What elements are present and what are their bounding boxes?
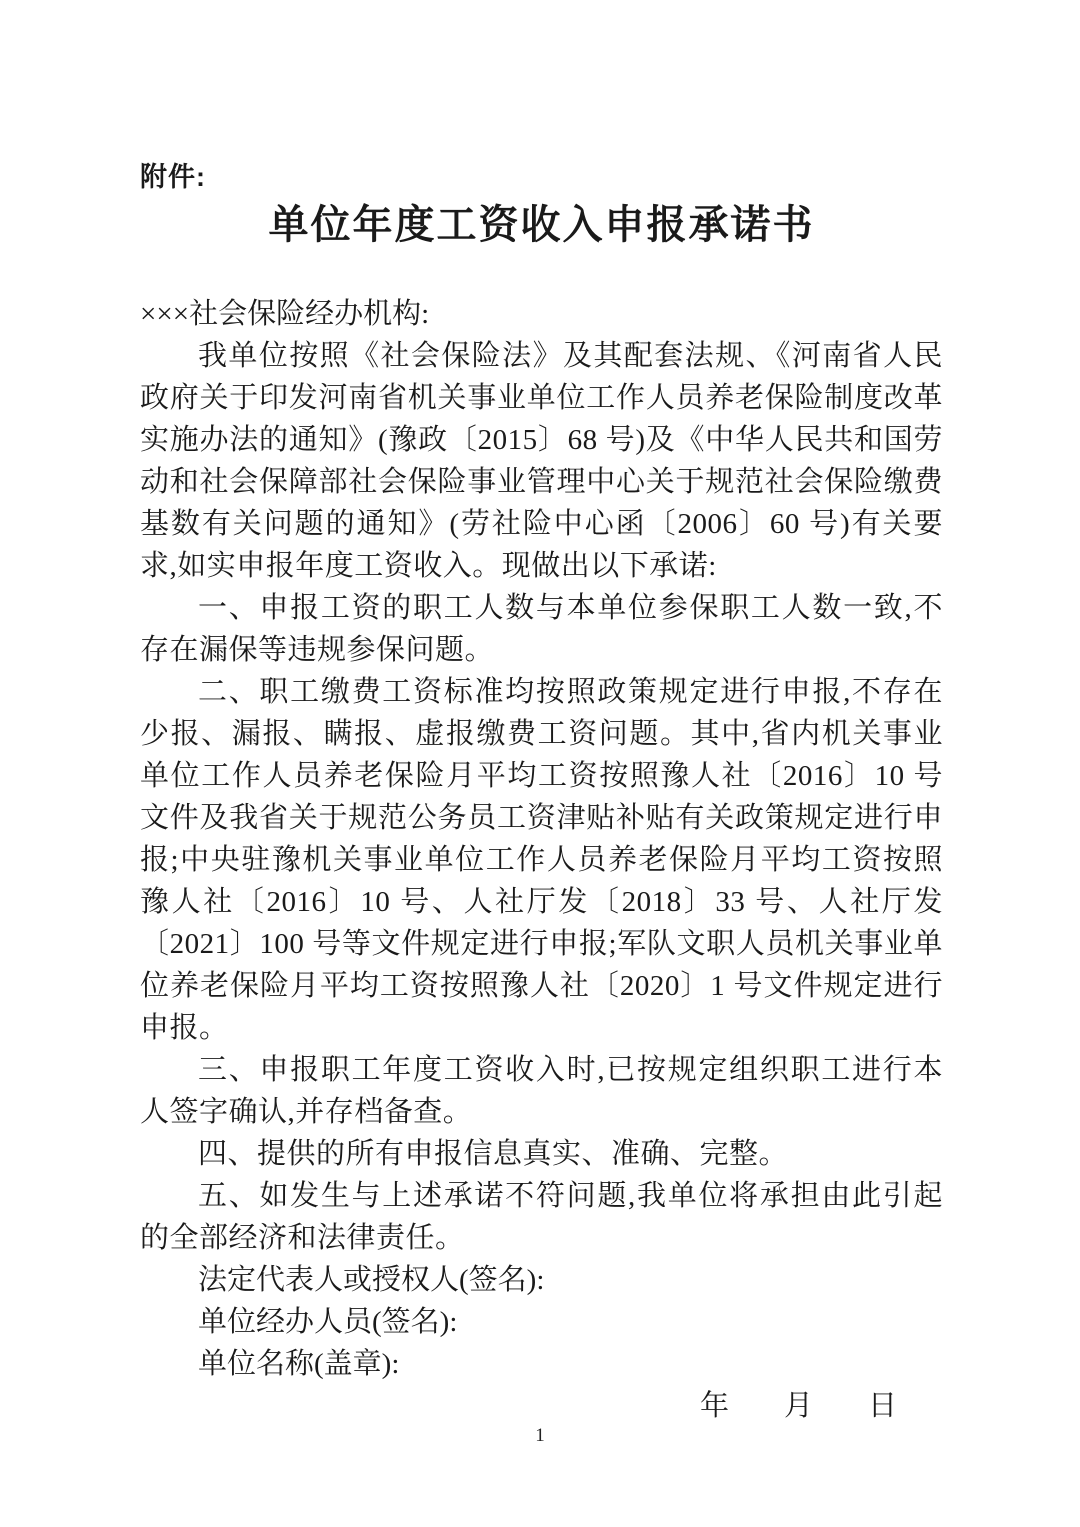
paragraph-clause-1: 一、申报工资的职工人数与本单位参保职工人数一致,不存在漏保等违规参保问题。: [140, 587, 943, 671]
date-line: 年 月 日: [140, 1385, 943, 1427]
attachment-label: 附件:: [140, 160, 943, 194]
document-page: 附件: 单位年度工资收入申报承诺书 ×××社会保险经办机构: 我单位按照《社会保…: [0, 0, 1080, 1527]
paragraph-clause-4: 四、提供的所有申报信息真实、准确、完整。: [140, 1133, 943, 1175]
date-day-label: 日: [868, 1385, 897, 1427]
date-month-label: 月: [784, 1385, 813, 1427]
date-year-label: 年: [700, 1385, 729, 1427]
signature-unit-name: 单位名称(盖章):: [140, 1343, 943, 1385]
paragraph-clause-3: 三、申报职工年度工资收入时,已按规定组织职工进行本人签字确认,并存档备查。: [140, 1049, 943, 1133]
signature-agent: 单位经办人员(签名):: [140, 1301, 943, 1343]
document-title: 单位年度工资收入申报承诺书: [140, 202, 943, 248]
page-number: 1: [0, 1425, 1080, 1447]
paragraph-clause-5: 五、如发生与上述承诺不符问题,我单位将承担由此引起的全部经济和法律责任。: [140, 1175, 943, 1259]
paragraph-intro: 我单位按照《社会保险法》及其配套法规、《河南省人民政府关于印发河南省机关事业单位…: [140, 335, 943, 587]
salutation: ×××社会保险经办机构:: [140, 293, 943, 335]
paragraph-clause-2: 二、职工缴费工资标准均按照政策规定进行申报,不存在少报、漏报、瞒报、虚报缴费工资…: [140, 671, 943, 1049]
signature-legal-representative: 法定代表人或授权人(签名):: [140, 1259, 943, 1301]
